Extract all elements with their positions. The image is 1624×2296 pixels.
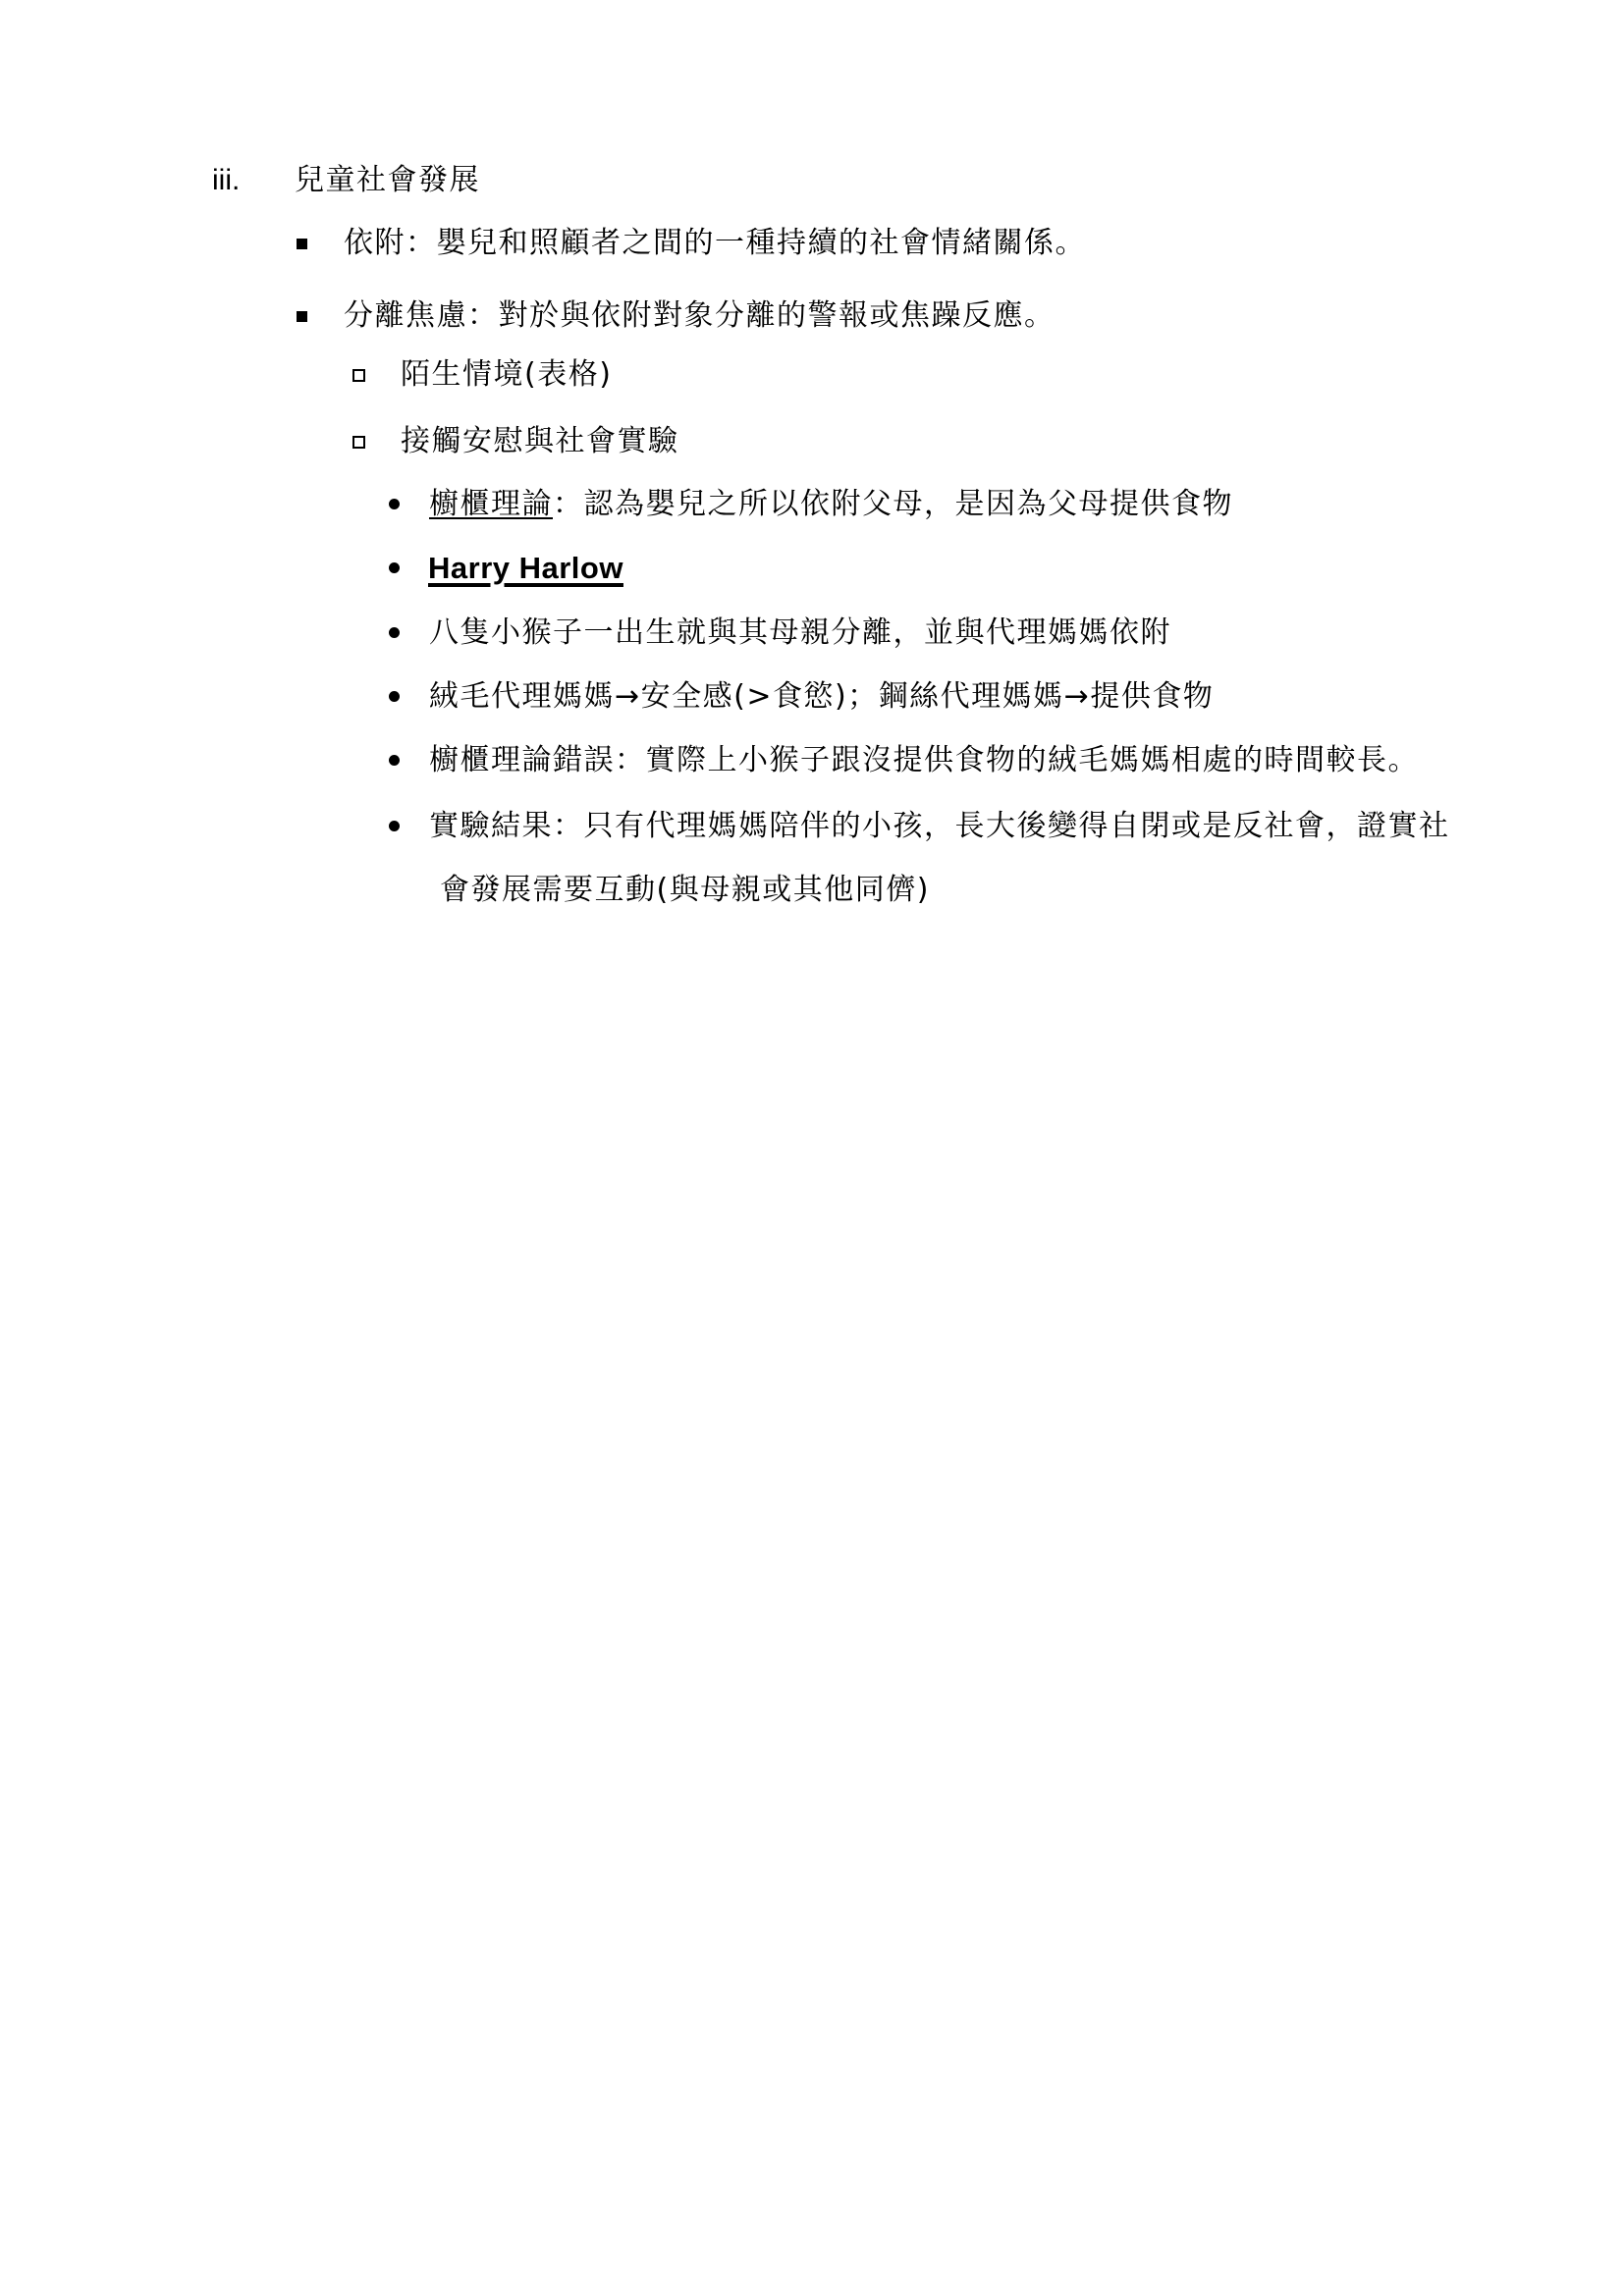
list-item-text: 依附：嬰兒和照顧者之間的一種持續的社會情緒關係。 [344, 224, 1086, 263]
list-item-continuation-text: 會發展需要互動(與母親或其他同儕) [440, 871, 930, 910]
dot-bullet-icon [389, 755, 400, 766]
document-page: iii. 兒童社會發展 依附：嬰兒和照顧者之間的一種持續的社會情緒關係。 分離焦… [0, 0, 1624, 2296]
list-item-harry-harlow: Harry Harlow [389, 549, 1567, 588]
open-square-bullet-icon [352, 436, 365, 449]
dot-bullet-icon [389, 499, 400, 509]
section-numeral: iii. [212, 161, 240, 200]
list-item-strange-situation: 陌生情境(表格) [350, 355, 1331, 395]
list-item-text: 實驗結果：只有代理媽媽陪伴的小孩，長大後變得自閉或是反社會，證實社 [429, 807, 1450, 846]
list-item-experiment-result-continuation: 會發展需要互動(與母親或其他同儕) [389, 871, 1567, 910]
list-item-text: 絨毛代理媽媽→安全感(>食慾)；鋼絲代理媽媽→提供食物 [429, 677, 1214, 717]
term-definition: ：認為嬰兒之所以依附父母，是因為父母提供食物 [553, 487, 1233, 521]
dot-bullet-icon [389, 627, 400, 638]
list-item-experiment-result: 實驗結果：只有代理媽媽陪伴的小孩，長大後變得自閉或是反社會，證實社 [389, 807, 1567, 846]
list-item-text: 櫥櫃理論：認為嬰兒之所以依附父母，是因為父母提供食物 [429, 485, 1233, 524]
list-item-cloth-vs-wire: 絨毛代理媽媽→安全感(>食慾)；鋼絲代理媽媽→提供食物 [389, 677, 1567, 717]
list-item-text: 陌生情境(表格) [401, 355, 612, 395]
section-heading: iii. 兒童社會發展 [212, 161, 801, 200]
list-item-theory-error: 櫥櫃理論錯誤：實際上小猴子跟沒提供食物的絨毛媽媽相處的時間較長。 [389, 741, 1567, 780]
filled-square-bullet-icon [297, 239, 307, 249]
filled-square-bullet-icon [297, 311, 307, 322]
list-item-contact-comfort: 接觸安慰與社會實驗 [350, 422, 1331, 461]
open-square-bullet-icon [352, 369, 365, 382]
list-item-eight-monkeys: 八隻小猴子一出生就與其母親分離，並與代理媽媽依附 [389, 614, 1567, 653]
dot-bullet-icon [389, 562, 400, 573]
dot-bullet-icon [389, 691, 400, 702]
researcher-name: Harry Harlow [428, 549, 623, 588]
underlined-term: 櫥櫃理論 [429, 487, 553, 521]
list-item-cupboard-theory: 櫥櫃理論：認為嬰兒之所以依附父母，是因為父母提供食物 [389, 485, 1567, 524]
list-item-text: 八隻小猴子一出生就與其母親分離，並與代理媽媽依附 [429, 614, 1171, 653]
list-item-text: 櫥櫃理論錯誤：實際上小猴子跟沒提供食物的絨毛媽媽相處的時間較長。 [429, 741, 1419, 780]
dot-bullet-icon [389, 821, 400, 831]
list-item-text: 分離焦慮：對於與依附對象分離的警報或焦躁反應。 [344, 296, 1056, 336]
section-title: 兒童社會發展 [295, 161, 480, 200]
list-item-separation-anxiety: 分離焦慮：對於與依附對象分離的警報或焦躁反應。 [293, 296, 1471, 336]
list-item-attachment: 依附：嬰兒和照顧者之間的一種持續的社會情緒關係。 [293, 224, 1471, 263]
list-item-text: 接觸安慰與社會實驗 [401, 422, 679, 461]
